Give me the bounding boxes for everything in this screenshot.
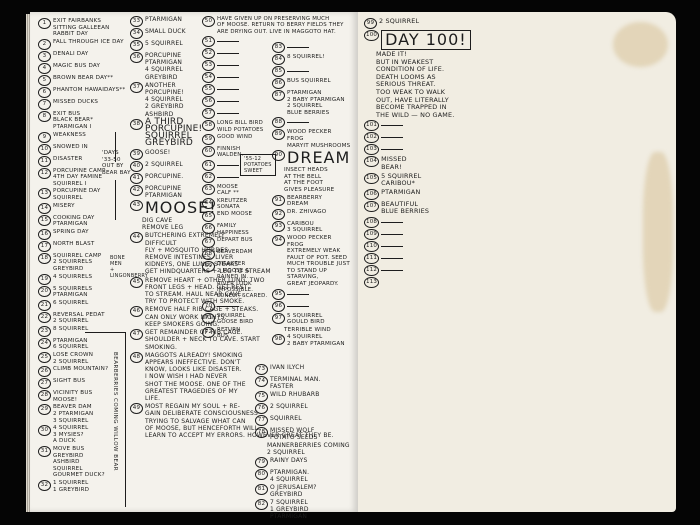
journal-column-1: 1Exit Fairbanks Sitting Galleean Rabbit …	[38, 18, 116, 494]
entry-text: Kreutzer Sonata	[217, 198, 247, 211]
day-number-circle: 65	[202, 211, 215, 222]
journal-entry: 18Squirrel Camp 2 Squirrels Greybird	[38, 253, 116, 273]
day-number-circle: 93	[272, 221, 285, 232]
entry-text	[217, 301, 239, 309]
entry-text: A Third Porcupine! Squirrel Greybird	[145, 119, 202, 148]
entry-text: Depart Bus	[217, 237, 253, 243]
entry-text: Small Duck	[145, 28, 186, 35]
day-number-circle: 74	[255, 376, 268, 387]
journal-entry: 984 Squirrel 2 Baby Ptarmigan	[272, 334, 360, 347]
day-number-circle: 105	[364, 173, 379, 184]
journal-entry: 975 Squirrel Gould Bird	[272, 313, 360, 326]
journal-entry: 103	[364, 144, 464, 155]
day-number-circle: 72	[202, 327, 215, 338]
journal-entry: 762 Squirrel	[255, 403, 355, 414]
journal-entry: 81O Jerusalem? Greybird	[255, 484, 355, 498]
journal-column-5: 73Ivan Ilych74Terminal Man. Faster75Wild…	[255, 364, 355, 521]
entry-text	[287, 301, 309, 310]
entry-text: 2 Squirrel	[379, 18, 419, 26]
journal-entry: 17North Blast	[38, 241, 116, 252]
entry-text: Ptarmigan	[145, 16, 182, 23]
bracket-top	[85, 332, 125, 333]
journal-entry: 47Get Remainder of Rib Cage. Shoulder + …	[130, 329, 200, 351]
journal-entry: 85	[272, 66, 360, 77]
entry-text: Dream	[287, 150, 350, 166]
day-number-circle: 41	[130, 173, 143, 184]
entry-text: Beaver Dam 2 Ptarmigan 3 Squirrel	[53, 404, 93, 424]
journal-entry: 89Wood Pecker Frog Maryit Mushrooms	[272, 129, 360, 149]
day-number-circle: 90	[272, 150, 285, 161]
entry-text	[287, 42, 309, 51]
day-number-circle: 20	[38, 286, 51, 297]
journal-entry: 39Goose!	[130, 149, 200, 160]
day-number-circle: 26	[38, 366, 51, 377]
day-number-circle: 87	[272, 90, 285, 101]
entry-text	[217, 36, 239, 44]
day-number-circle: 104	[364, 156, 379, 167]
journal-entry: 402 Squirrel	[130, 161, 200, 172]
entry-text: Have Given Up On Preserving Much Of Moos…	[217, 16, 344, 35]
entry-text: 1 Squirrel 1 Greybird	[53, 480, 89, 493]
journal-entry: 86Bus Squirrel	[272, 78, 360, 89]
day-number-circle: 28	[38, 390, 51, 401]
day-number-circle: 27	[38, 378, 51, 389]
entry-text: Cooking Day Ptarmigan	[53, 215, 95, 228]
day-number-circle: 49	[130, 403, 143, 414]
journal-entry: 42Porcupine Ptarmigan	[130, 185, 200, 199]
journal-entry: 79Rainy Days	[255, 457, 355, 468]
entry-text	[381, 217, 403, 226]
day-number-circle: 10	[38, 144, 51, 155]
day-number-circle: 7	[38, 99, 51, 110]
entry-text: Move Bus Greybird Ashbird Squirrel Gourm…	[53, 446, 105, 479]
entry-text: Terrible Wind	[284, 327, 331, 334]
entry-text: Insect Heads At the Bell At the Foot Giv…	[284, 167, 334, 193]
journal-entry: 43Moose!	[130, 200, 200, 216]
entry-text: Porcupine Ptarmigan 4 Squirrel Greybird	[145, 52, 183, 81]
journal-entry: 111	[364, 253, 464, 264]
entry-text	[381, 144, 403, 153]
entry-text	[217, 72, 239, 80]
day-number-circle: 103	[364, 144, 379, 155]
day-number-circle: 58	[202, 120, 215, 131]
journal-entry: 80Ptarmigan. 4 Squirrel	[255, 469, 355, 483]
journal-entry: 31Move Bus Greybird Ashbird Squirrel Gou…	[38, 446, 116, 479]
journal-entry: 6Phantom Hawaidays**	[38, 87, 116, 98]
day-number-circle: 68	[202, 249, 215, 260]
entry-text: Return Bus	[217, 327, 240, 340]
day-number-circle: 60	[202, 146, 215, 157]
day-number-circle: 36	[130, 52, 143, 63]
day-number-circle: 76	[255, 403, 268, 414]
journal-entry: 27Sight Bus	[38, 378, 116, 389]
day-number-circle: 67	[202, 237, 215, 248]
entry-text	[381, 265, 403, 274]
entry-text: North Blast	[53, 241, 95, 248]
entry-text: Squirrel	[270, 415, 302, 422]
journal-entry: 355 Squirrel	[130, 40, 200, 51]
entry-text: Beaverdam	[217, 249, 252, 255]
journal-entry: 8Exit Bus Black Bear* Ptarmigan I	[38, 111, 116, 131]
entry-text: 4 Squirrel 2 Baby Ptarmigan	[287, 334, 345, 347]
entry-text: Squirrel Camp 2 Squirrels Greybird	[53, 253, 101, 273]
day-number-circle: 50	[202, 16, 215, 27]
day-number-circle: 94	[272, 235, 285, 246]
day-number-circle: 83	[272, 42, 285, 53]
journal-entry: 88	[272, 117, 360, 128]
day-number-circle: 81	[255, 484, 268, 495]
entry-text: Snowed In	[53, 144, 88, 151]
journal-column-4: 83848 Squirrel!8586Bus Squirrel87Ptarmig…	[272, 42, 360, 349]
day-number-circle: 48	[130, 352, 143, 363]
day-number-circle: 92	[272, 209, 285, 220]
entry-text: 5 Squirrels Ptarmigan	[53, 286, 92, 299]
entry-text: Caribou 3 Squirrel	[287, 221, 322, 234]
journal-entry: 92Dr. Zhivago	[272, 209, 360, 220]
day-number-circle: 1	[38, 18, 51, 29]
journal-entry: 110	[364, 241, 464, 252]
day-number-circle: 110	[364, 241, 379, 252]
day-number-circle: 32	[38, 480, 51, 491]
day-number-circle: 97	[272, 313, 285, 324]
entry-text: Sight Bus	[53, 378, 85, 385]
entry-text: Ptarmigan 2 Baby Ptarmigan 2 Squirrel Bl…	[287, 90, 345, 116]
entry-text	[287, 66, 309, 75]
journal-entry: 14Misery	[38, 203, 116, 214]
entry-text: Wood Pecker Frog Maryit Mushrooms	[287, 129, 350, 149]
arrow-down	[115, 180, 116, 220]
day-number-circle: 98	[272, 334, 285, 345]
entry-text: Ptarmigan 6 Squirrel	[53, 338, 88, 351]
day-number-circle: 96	[272, 301, 285, 312]
day-number-circle: 107	[364, 201, 379, 212]
journal-entry: 73Ivan Ilych	[255, 364, 355, 375]
journal-entry: 44Butchering Extremely Difficult Fly + M…	[130, 232, 200, 275]
day-number-circle: 42	[130, 185, 143, 196]
day-number-circle: 69	[202, 261, 215, 272]
entry-text: Ivan Ilych	[270, 364, 304, 371]
entry-text: Long Bill Bird Wild Potatoes	[217, 120, 263, 133]
entry-text: Dig Cave Remove Leg	[142, 217, 183, 231]
journal-entry: 4Magic Bus Day	[38, 63, 116, 74]
journal-entry: 41Porcupine.	[130, 173, 200, 184]
entry-text: Bus Squirrel	[287, 78, 331, 85]
entry-text	[381, 253, 403, 262]
day-number-circle: 52	[202, 48, 215, 59]
journal-entry: 827 Squirrel 1 Greybird Ptarmigan	[255, 499, 355, 520]
entry-text: Dr. Zhivago	[287, 209, 326, 216]
entry-text: Exit Fairbanks Sitting Galleean Rabbit D…	[53, 18, 110, 38]
entry-text: Climb Mountain?	[53, 366, 108, 373]
journal-entry: 77Squirrel	[255, 415, 355, 426]
entry-text: Ptarmigan	[381, 189, 420, 197]
entry-text: 2 Squirrel	[145, 161, 183, 168]
journal-entry: 83	[272, 42, 360, 53]
day-number-circle: 22	[38, 312, 51, 323]
day-number-circle: 111	[364, 253, 379, 264]
entry-text: Porcupine Camp 4th Day Famine Squirrel I	[53, 168, 106, 188]
day-number-circle: 3	[38, 51, 51, 62]
vertical-margin-note: Bearberries Coming Willow Bear	[112, 352, 118, 502]
journal-entry: 93Caribou 3 Squirrel	[272, 221, 360, 234]
entry-text: Vicinity Bus Moose!	[53, 390, 92, 403]
entry-text	[217, 108, 239, 116]
day-number-circle: 79	[255, 457, 268, 468]
day-number-circle: 9	[38, 132, 51, 143]
entry-text: Beautiful Blue Berries	[381, 201, 429, 216]
entry-text	[381, 120, 403, 129]
day-number-circle: 78	[255, 427, 268, 438]
day-number-circle: 33	[130, 16, 143, 27]
water-stain	[643, 152, 673, 312]
entry-text	[217, 172, 239, 180]
potatoes-box: '55-12 Potatoes Sweet	[240, 154, 276, 176]
day-number-circle: 6	[38, 87, 51, 98]
day-number-circle: 113	[364, 277, 379, 288]
day-number-circle: 85	[272, 66, 285, 77]
day-number-circle: 5	[38, 75, 51, 86]
entry-text: Terminal Man. Faster	[270, 376, 321, 390]
journal-entry: 2Fall Through Ice Day	[38, 39, 116, 50]
entry-text: Phantom Hawaidays**	[53, 87, 125, 94]
journal-entry: 94Wood Pecker Frog Extremely Weak Fault …	[272, 235, 360, 288]
entry-text: 8 Squirrel!	[287, 54, 325, 61]
day-number-circle: 25	[38, 352, 51, 363]
journal-entry: 50Have Given Up On Preserving Much Of Mo…	[202, 16, 292, 35]
day-number-circle: 54	[202, 72, 215, 83]
entry-text: 5 Squirrel	[145, 40, 183, 47]
day-number-circle: 66	[202, 223, 215, 234]
day-number-circle: 31	[38, 446, 51, 457]
day-number-circle: 63	[202, 184, 215, 195]
entry-text: 2 Squirrel	[270, 403, 308, 410]
day-number-circle: 29	[38, 404, 51, 415]
journal-entry: 46Remove Half Rib Cage + Steaks. Can Onl…	[130, 306, 200, 328]
journal-entry: 15Cooking Day Ptarmigan	[38, 215, 116, 228]
journal-entry: Insect Heads At the Bell At the Foot Giv…	[272, 167, 360, 193]
journal-entry: 37Another Porcupine! 4 Squirrel 2 Greybi…	[130, 82, 200, 118]
entry-text	[217, 160, 239, 168]
day-number-circle: 101	[364, 120, 379, 131]
entry-text: Goose!	[145, 149, 170, 156]
entry-text: Reversal Pedat 2 Squirrel	[53, 312, 105, 325]
arrow-up	[115, 132, 116, 162]
day-number-circle: 75	[255, 391, 268, 402]
day-number-circle: 34	[130, 28, 143, 39]
journal-entry: 45Remove Heart + Other Lung. Two Front L…	[130, 277, 200, 306]
day-number-circle: 4	[38, 63, 51, 74]
entry-text: Porcupine Ptarmigan	[145, 185, 182, 199]
entry-text	[287, 117, 309, 126]
journal-entry: 113	[364, 277, 464, 288]
day-number-circle: 21	[38, 300, 51, 311]
journal-entry: Terrible Wind	[272, 327, 360, 334]
journal-entry: 25Lose Crown 2 Squirrel	[38, 352, 116, 365]
day-number-circle: 45	[130, 277, 143, 288]
entry-text: Porcupine Day Squirrel	[53, 188, 101, 201]
day-number-circle: 37	[130, 82, 143, 93]
journal-entry: 194 Squirrels	[38, 274, 116, 285]
day-number-circle: 44	[130, 232, 143, 243]
journal-entry: 49Most Regain My Soul + Re- Gain Deliber…	[130, 403, 200, 439]
day-number-circle: 112	[364, 265, 379, 276]
entry-text: Spring Day	[53, 229, 89, 236]
entry-text: Brown Bear Day**	[53, 75, 113, 82]
day-number-circle: 51	[202, 36, 215, 47]
day-number-circle: 53	[202, 60, 215, 71]
journal-entry: 26Climb Mountain?	[38, 366, 116, 377]
day-number-circle: 80	[255, 469, 268, 480]
day-number-circle: 23	[38, 326, 51, 337]
day-number-circle: 40	[130, 161, 143, 172]
entry-text: Disaster	[53, 156, 82, 163]
entry-text: Maggots Already! Smoking Appears Ineffec…	[145, 352, 246, 402]
day-number-circle: 73	[255, 364, 268, 375]
day-number-circle: 43	[130, 200, 143, 211]
entry-text	[217, 60, 239, 68]
journal-entry: 100Day 100!	[364, 30, 464, 50]
day-number-circle: 11	[38, 156, 51, 167]
entry-text	[217, 96, 239, 104]
entry-text: Misery	[53, 203, 75, 210]
entry-text: Wood Pecker Frog Extremely Weak Fault of…	[287, 235, 350, 288]
journal-entry: 96	[272, 301, 360, 312]
journal-entry: 7Missed Ducks	[38, 99, 116, 110]
day-number-circle: 47	[130, 329, 143, 340]
entry-text: Good Wind	[217, 134, 252, 140]
journal-entry: 16Spring Day	[38, 229, 116, 240]
day-number-circle: 19	[38, 274, 51, 285]
journal-entry: 33Ptarmigan	[130, 16, 200, 27]
right-page: 992 Squirrel100Day 100!Made It! But In W…	[358, 12, 676, 512]
day-number-circle: 17	[38, 241, 51, 252]
journal-entry: 95	[272, 289, 360, 300]
day-number-circle: 108	[364, 217, 379, 228]
journal-entry: 34Small Duck	[130, 28, 200, 39]
journal-entry: 29Beaver Dam 2 Ptarmigan 3 Squirrel	[38, 404, 116, 424]
journal-entry: 102	[364, 132, 464, 143]
entry-text: Family Happiness	[217, 223, 249, 236]
day-number-circle: 12	[38, 168, 51, 179]
entry-text: Day 100!	[381, 30, 471, 50]
day-number-circle: 24	[38, 338, 51, 349]
day-number-circle: 38	[130, 119, 143, 130]
day-number-circle: 16	[38, 229, 51, 240]
water-stain	[613, 22, 668, 67]
entry-text: Made It! But In Weakest Condition of Lif…	[376, 51, 454, 119]
bracket-line	[125, 332, 126, 507]
journal-entry: 3Denali Day	[38, 51, 116, 62]
entry-text: Missed Wolf Potato Seeds	[270, 427, 318, 441]
journal-entry: 5Brown Bear Day**	[38, 75, 116, 86]
journal-entry: 38A Third Porcupine! Squirrel Greybird	[130, 119, 200, 148]
journal-entry: 108	[364, 217, 464, 228]
journal-entry: Dig Cave Remove Leg	[130, 217, 200, 231]
day-number-circle: 99	[364, 18, 377, 29]
entry-text: 6 Squirrel	[53, 300, 88, 307]
entry-text: Missed Bear!	[381, 156, 407, 171]
day-number-circle: 15	[38, 215, 51, 226]
journal-entry: 48Maggots Already! Smoking Appears Ineff…	[130, 352, 200, 402]
day-number-circle: 71	[202, 313, 215, 324]
left-page: 1Exit Fairbanks Sitting Galleean Rabbit …	[30, 12, 360, 512]
journal-entry: 304 Squirrel 3 Mysies? A Duck	[38, 425, 116, 445]
journal-entry: 109	[364, 229, 464, 240]
entry-text: Ptarmigan. 4 Squirrel	[270, 469, 309, 483]
day-number-circle: 86	[272, 78, 285, 89]
entry-text: 8 Squirrel	[53, 326, 88, 333]
day-number-circle: 91	[272, 195, 285, 206]
journal-entry: 107Beautiful Blue Berries	[364, 201, 464, 216]
day-number-circle: 2	[38, 39, 51, 50]
day-number-circle: 77	[255, 415, 268, 426]
entry-text: End Moose	[217, 211, 252, 217]
day-number-circle: 57	[202, 108, 215, 119]
journal-entry: Mannerberries Coming 2 Squirrel	[255, 442, 355, 456]
entry-text: Exit Bus Black Bear* Ptarmigan I	[53, 111, 93, 131]
day-number-circle: 8	[38, 111, 51, 122]
entry-text: Lose Crown 2 Squirrel	[53, 352, 93, 365]
day-number-circle: 35	[130, 40, 143, 51]
days-margin-note: 'Days '33-50 Out by Bear Bay	[102, 150, 131, 176]
day-number-circle: 106	[364, 189, 379, 200]
entry-text: Wild Rhubarb	[270, 391, 320, 398]
journal-entry: 101	[364, 120, 464, 131]
journal-entry: 22Reversal Pedat 2 Squirrel	[38, 312, 116, 325]
day-number-circle: 56	[202, 96, 215, 107]
journal-entry: 992 Squirrel	[364, 18, 464, 29]
entry-text	[381, 229, 403, 238]
day-number-circle: 59	[202, 134, 215, 145]
entry-text	[381, 241, 403, 250]
entry-text: Mannerberries Coming 2 Squirrel	[267, 442, 350, 456]
day-number-circle: 18	[38, 253, 51, 264]
entry-text	[287, 289, 309, 298]
journal-entry: 848 Squirrel!	[272, 54, 360, 65]
day-number-circle: 109	[364, 229, 379, 240]
entry-text: 4 Squirrels	[53, 274, 92, 281]
journal-entry: 9Weakness	[38, 132, 116, 143]
journal-entry: 1055 Squirrel Caribou*	[364, 173, 464, 188]
journal-entry: 90Dream	[272, 150, 360, 166]
journal-entry: 106Ptarmigan	[364, 189, 464, 200]
day-number-circle: 95	[272, 289, 285, 300]
journal-entry: 321 Squirrel 1 Greybird	[38, 480, 116, 493]
journal-entry: 75Wild Rhubarb	[255, 391, 355, 402]
journal-entry: 91Bearberry Dream	[272, 195, 360, 208]
entry-text	[217, 84, 239, 92]
day-number-circle: 39	[130, 149, 143, 160]
journal-entry: 36Porcupine Ptarmigan 4 Squirrel Greybir…	[130, 52, 200, 81]
day-number-circle: 13	[38, 188, 51, 199]
journal-entry: 28Vicinity Bus Moose!	[38, 390, 116, 403]
entry-text: Bearberry Dream	[287, 195, 322, 208]
day-number-circle: 64	[202, 198, 215, 209]
entry-text: Moose Calf **	[217, 184, 239, 197]
entry-text: Porcupine.	[145, 173, 183, 180]
day-number-circle: 61	[202, 160, 215, 171]
entry-text	[381, 132, 403, 141]
day-number-circle: 84	[272, 54, 285, 65]
day-number-circle: 30	[38, 425, 51, 436]
journal-entry: 24Ptarmigan 6 Squirrel	[38, 338, 116, 351]
entry-text: Disaster 2 Moose & Rained In. River Look…	[217, 261, 267, 299]
entry-text: O Jerusalem? Greybird	[270, 484, 317, 498]
entry-text	[217, 48, 239, 56]
day-number-circle: 88	[272, 117, 285, 128]
journal-entry: Made It! But In Weakest Condition of Lif…	[364, 51, 464, 119]
day-number-circle: 14	[38, 203, 51, 214]
